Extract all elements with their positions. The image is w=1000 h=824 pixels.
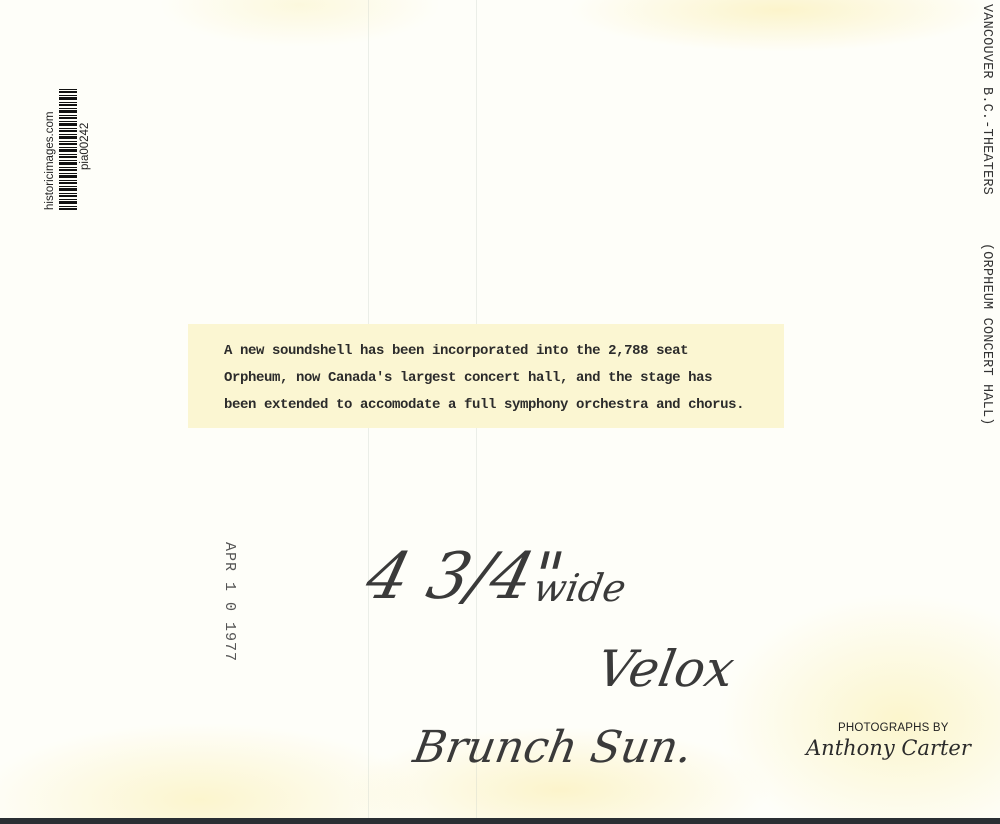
handwritten-wide-note: wide — [530, 566, 629, 610]
credit-label: PHOTOGRAPHS BY — [838, 722, 976, 734]
photographer-credit: PHOTOGRAPHS BY Anthony Carter — [806, 722, 976, 760]
handwritten-publication-note: Brunch Sun. — [410, 722, 697, 773]
scan-edge — [0, 818, 1000, 824]
caption-text: A new soundshell has been incorporated i… — [224, 338, 744, 419]
barcode-label: historicimages.com pia00242 — [42, 84, 100, 210]
archive-subject-label: VANCOUVER B.C.-THEATERS(ORPHEUM CONCERT … — [972, 0, 1000, 440]
credit-name: Anthony Carter — [806, 736, 976, 760]
caption-line: A new soundshell has been incorporated i… — [224, 343, 688, 359]
caption-slip: A new soundshell has been incorporated i… — [188, 324, 784, 428]
caption-line: been extended to accomodate a full symph… — [224, 397, 744, 413]
handwritten-paper-note: Velox — [593, 640, 739, 698]
barcode-site-text: historicimages.com — [44, 112, 56, 210]
caption-line: Orpheum, now Canada's largest concert ha… — [224, 370, 712, 386]
subject-name: (ORPHEUM CONCERT HALL) — [979, 243, 994, 426]
barcode-icon — [59, 88, 77, 210]
photo-back-paper: historicimages.com pia00242 VANCOUVER B.… — [0, 0, 1000, 818]
barcode-id-text: pia00242 — [79, 123, 91, 170]
date-stamp-text: APR 1 0 1977 — [221, 542, 238, 662]
subject-location: VANCOUVER B.C.-THEATERS — [979, 4, 994, 195]
date-stamp: APR 1 0 1977 — [212, 540, 256, 640]
